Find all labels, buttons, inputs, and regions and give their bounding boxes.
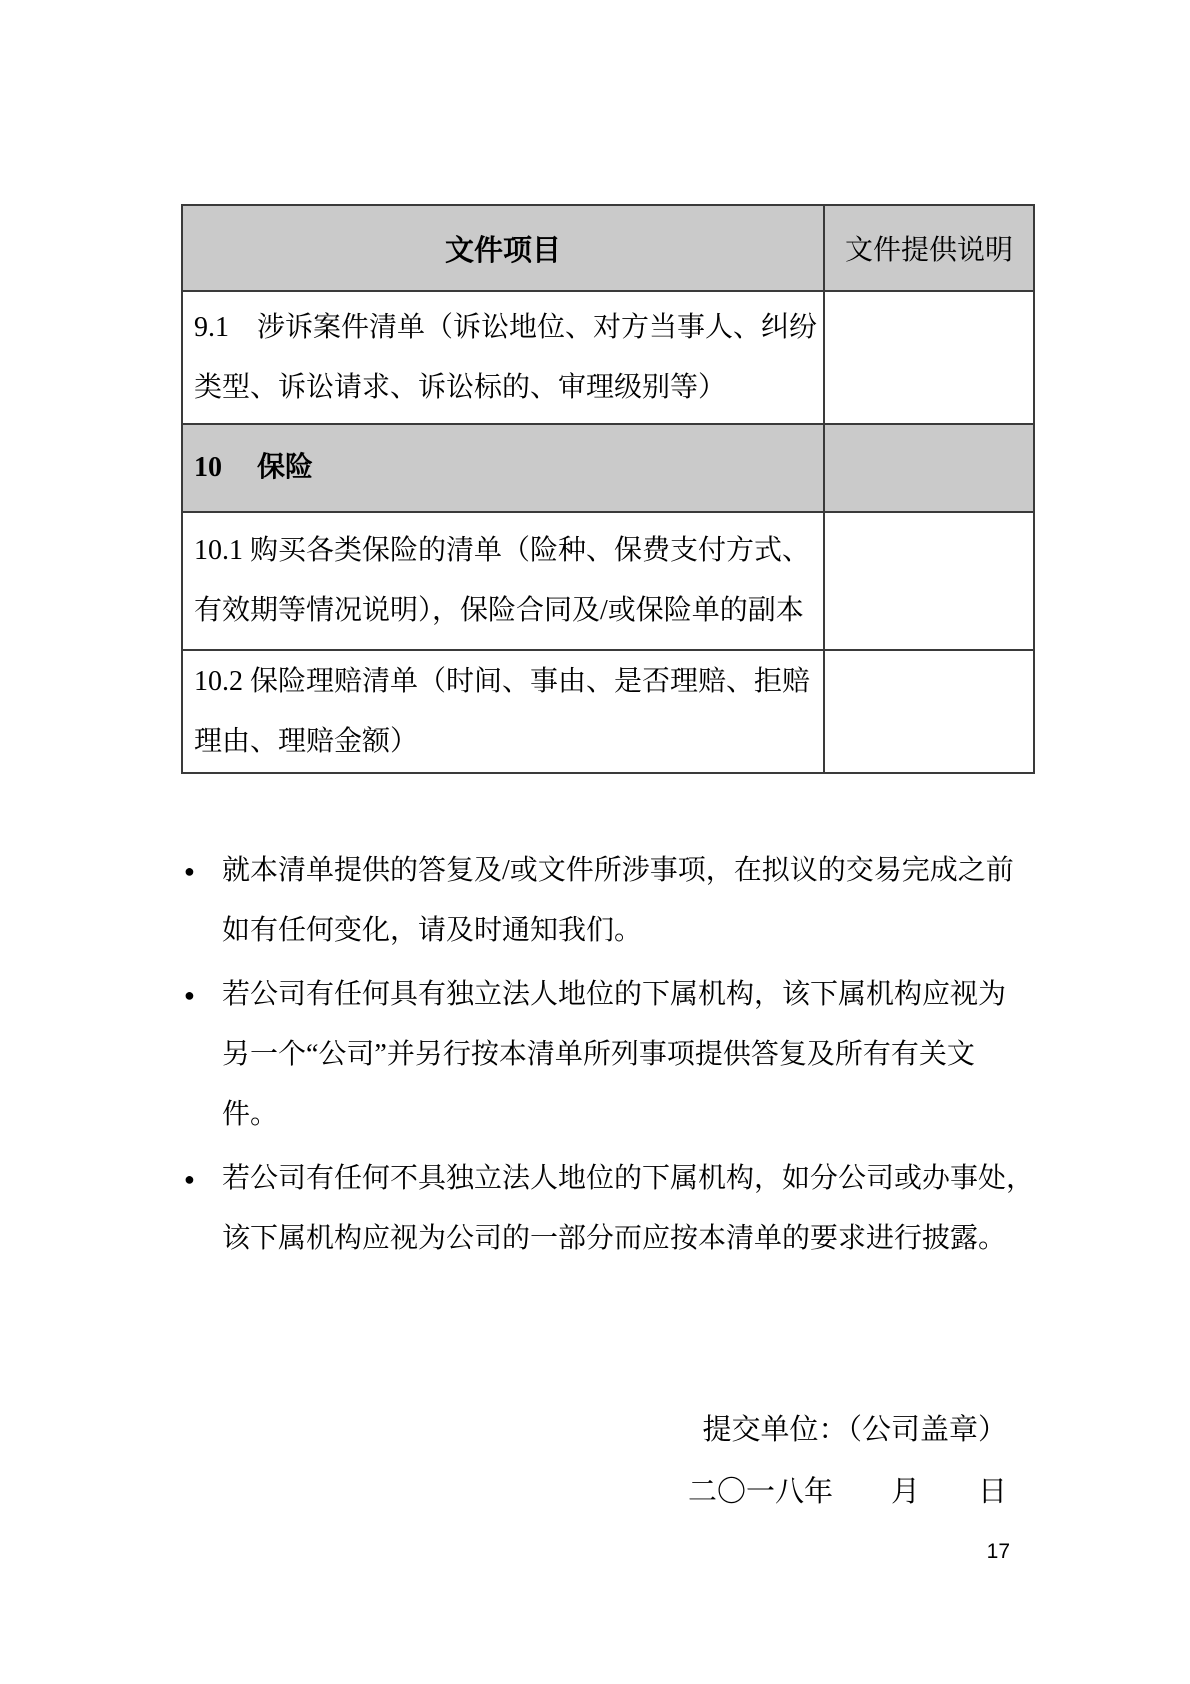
note-text-line: 件。 [222,1085,1034,1145]
table-row-10-2: 10.2 保险理赔清单（时间、事由、是否理赔、拒赔 理由、理赔金额） [182,650,1034,773]
desc-cell-10-1 [824,512,1034,650]
note-text-line: 若公司有任何不具独立法人地位的下属机构，如分公司或办事处， [222,1149,1034,1209]
desc-cell-10 [824,424,1034,512]
desc-cell-10-2 [824,650,1034,773]
table-header-desc: 文件提供说明 [824,205,1034,291]
item-text-line: 10.1 购买各类保险的清单（险种、保费支付方式、 [194,521,815,581]
note-text: 就本清单提供的答复及/或文件所涉事项，在拟议的交易完成之前 如有任何变化，请及时… [222,841,1034,961]
checklist-table: 文件项目 文件提供说明 9.1 涉诉案件清单（诉讼地位、对方当事人、纠纷 类型、… [181,204,1035,774]
submitter-line: 提交单位：（公司盖章） [688,1399,1007,1461]
note-text-line: 该下属机构应视为公司的一部分而应按本清单的要求进行披露。 [222,1209,1034,1269]
bullet-icon: ● [184,965,222,1025]
note-text-line: 若公司有任何具有独立法人地位的下属机构，该下属机构应视为 [222,965,1034,1025]
table-row-9-1: 9.1 涉诉案件清单（诉讼地位、对方当事人、纠纷 类型、诉讼请求、诉讼标的、审理… [182,291,1034,424]
desc-cell-9-1 [824,291,1034,424]
item-cell-9-1: 9.1 涉诉案件清单（诉讼地位、对方当事人、纠纷 类型、诉讼请求、诉讼标的、审理… [182,291,824,424]
bullet-icon: ● [184,1149,222,1209]
bullet-icon: ● [184,841,222,901]
section-title-line: 10 保险 [194,438,815,498]
section-cell-10: 10 保险 [182,424,824,512]
table-header-item: 文件项目 [182,205,824,291]
item-text-line: 理由、理赔金额） [194,712,815,772]
note-text: 若公司有任何具有独立法人地位的下属机构，该下属机构应视为 另一个“公司”并另行按… [222,965,1034,1145]
document-page: 文件项目 文件提供说明 9.1 涉诉案件清单（诉讼地位、对方当事人、纠纷 类型、… [0,0,1190,1684]
item-text-line: 有效期等情况说明），保险合同及/或保险单的副本 [194,581,815,641]
item-text-line: 9.1 涉诉案件清单（诉讼地位、对方当事人、纠纷 [194,298,815,358]
table-header-row: 文件项目 文件提供说明 [182,205,1034,291]
date-line: 二〇一八年 月 日 [688,1461,1007,1523]
table-row-10-1: 10.1 购买各类保险的清单（险种、保费支付方式、 有效期等情况说明），保险合同… [182,512,1034,650]
item-cell-10-1: 10.1 购买各类保险的清单（险种、保费支付方式、 有效期等情况说明），保险合同… [182,512,824,650]
notes-list: ● 就本清单提供的答复及/或文件所涉事项，在拟议的交易完成之前 如有任何变化，请… [184,841,1034,1273]
page-number: 17 [987,1540,1010,1564]
note-text: 若公司有任何不具独立法人地位的下属机构，如分公司或办事处， 该下属机构应视为公司… [222,1149,1034,1269]
note-text-line: 就本清单提供的答复及/或文件所涉事项，在拟议的交易完成之前 [222,841,1034,901]
note-text-line: 另一个“公司”并另行按本清单所列事项提供答复及所有有关文 [222,1025,1034,1085]
table-row-10-section: 10 保险 [182,424,1034,512]
note-text-line: 如有任何变化，请及时通知我们。 [222,901,1034,961]
list-item: ● 若公司有任何具有独立法人地位的下属机构，该下属机构应视为 另一个“公司”并另… [184,965,1034,1145]
signature-block: 提交单位：（公司盖章） 二〇一八年 月 日 [688,1399,1007,1523]
item-text-line: 类型、诉讼请求、诉讼标的、审理级别等） [194,358,815,418]
list-item: ● 就本清单提供的答复及/或文件所涉事项，在拟议的交易完成之前 如有任何变化，请… [184,841,1034,961]
item-text-line: 10.2 保险理赔清单（时间、事由、是否理赔、拒赔 [194,652,815,712]
item-cell-10-2: 10.2 保险理赔清单（时间、事由、是否理赔、拒赔 理由、理赔金额） [182,650,824,773]
list-item: ● 若公司有任何不具独立法人地位的下属机构，如分公司或办事处， 该下属机构应视为… [184,1149,1034,1269]
